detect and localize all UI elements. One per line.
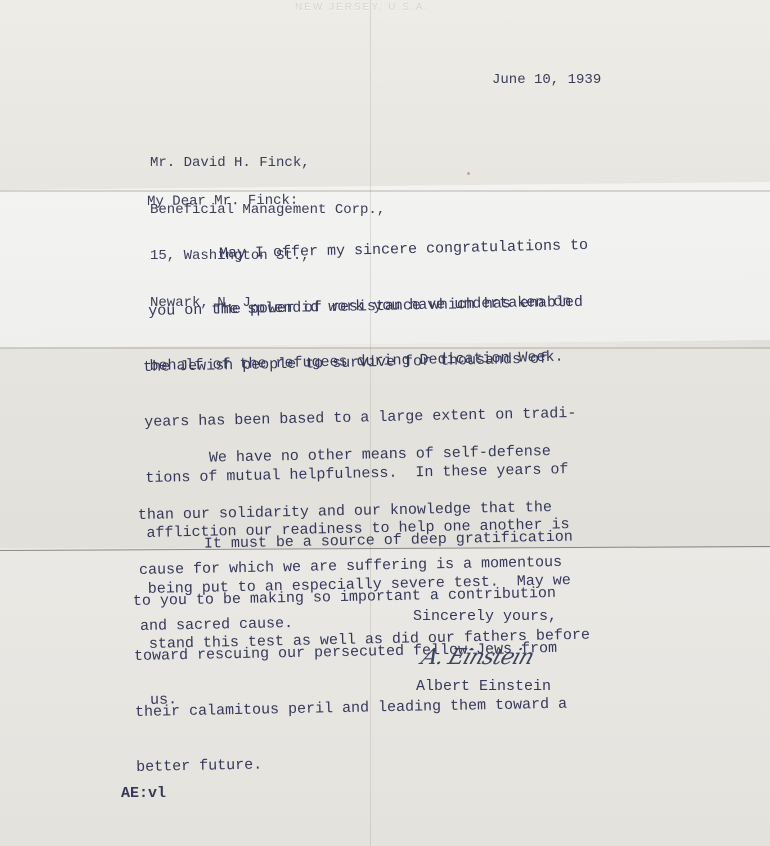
letter-paper: NEW JERSEY, U.S.A. June 10, 1939 Mr. Dav… — [0, 0, 770, 846]
signer-name: Albert Einstein — [416, 678, 551, 695]
closing: Sincerely yours, — [413, 608, 557, 625]
text-line: the Jewish people to survive for thousan… — [143, 349, 584, 377]
text-line: The power of resistance which has enable… — [142, 294, 583, 322]
text-line: their calamitous peril and leading them … — [135, 695, 576, 722]
handwritten-signature: A. Einstein — [418, 645, 537, 670]
text-line: We have no other means of self-defense — [137, 443, 560, 470]
text-line: better future. — [136, 750, 577, 777]
text-line: to you to be making so important a contr… — [133, 584, 574, 611]
reference-initials: AE:vl — [121, 785, 166, 802]
address-line: Mr. David H. Finck, — [150, 156, 385, 172]
letterhead-embossed: NEW JERSEY, U.S.A. — [295, 2, 429, 13]
text-line: It must be a source of deep gratificatio… — [132, 529, 573, 556]
letter-date: June 10, 1939 — [492, 73, 601, 89]
paper-speck — [467, 172, 470, 175]
